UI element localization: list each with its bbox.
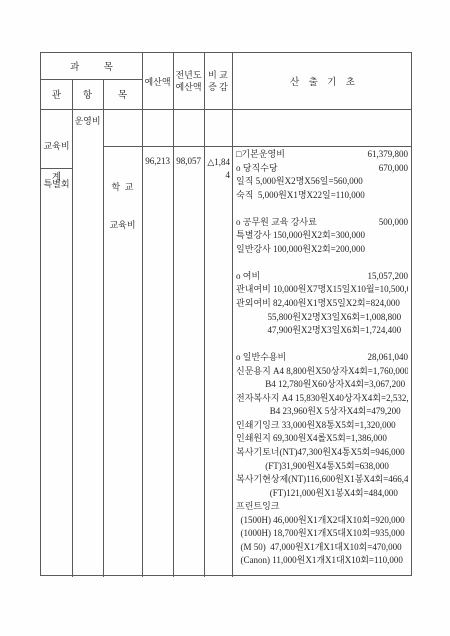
- basis-line-text: (FT)121,000원X1봉X4회=484,000: [236, 487, 398, 501]
- divider-prev-change: [204, 53, 205, 577]
- basis-lines: □기본운영비61,379,800o 당직수당670,000일직 5,000원X2…: [232, 146, 413, 577]
- header-col-hang: 항: [72, 79, 103, 109]
- basis-line-text: (1500H) 46,000원X1개X2대X10회=920,000: [236, 514, 405, 528]
- basis-line-text: 특별강사 150,000원X2회=300,000: [236, 229, 365, 243]
- prev-budget-amount-cell: 98,057: [173, 146, 204, 166]
- header-col-prev-budget-line2: 예산액: [175, 81, 201, 93]
- basis-line: (1500H) 46,000원X1개X2대X10회=920,000: [236, 514, 408, 528]
- basis-line-amount: 670,000: [377, 162, 408, 176]
- basis-line-text: (M 50) 47,000원X1개X1대X10회=470,000: [236, 541, 402, 555]
- divider-mok-budget: [142, 53, 143, 577]
- mok-value-line2: 교육비: [103, 219, 142, 232]
- basis-line: o 당직수당670,000: [236, 162, 408, 176]
- basis-line: o 일반수용비28,061,040: [236, 351, 408, 365]
- change-amount-cell: △1,84 4: [204, 146, 232, 181]
- hang-value-cell: 운영비: [72, 109, 103, 128]
- basis-line: 특별강사 150,000원X2회=300,000: [236, 229, 408, 243]
- basis-line-text: 신문용지 A4 8,800원X50상자X4회=1,760,000: [236, 365, 408, 379]
- basis-line: 프린트잉크: [236, 500, 408, 514]
- divider-gwan-hang: [72, 79, 73, 577]
- basis-line: 인쇄원지 69,300원X4롤X5회=1,386,000: [236, 432, 408, 446]
- mok-value-cell: 학 교 교육비: [103, 146, 142, 256]
- basis-line-amount: 15,057,200: [366, 270, 409, 284]
- basis-line: (FT)121,000원X1봉X4회=484,000: [236, 487, 408, 501]
- basis-line: B4 12,780원X60상자X4회=3,067,200: [236, 378, 408, 392]
- basis-line: 관내여비 10,000원X7명X15일X10월=10,500,000: [236, 283, 408, 297]
- basis-line: 관외여비 82,400원X1명X5일X2회=824,000: [236, 297, 408, 311]
- header-col-change: 비 교 증 감: [204, 53, 232, 109]
- basis-line: 전자복사지 A4 15,830원X40상자X4회=2,532,800: [236, 392, 408, 406]
- header-subject-group: 과 목: [41, 53, 142, 79]
- basis-line-text: o 당직수당: [236, 162, 278, 176]
- basis-line-text: 복사기토너(NT)47,300원X4통X5회=946,000: [236, 446, 405, 460]
- basis-gap-line: [236, 338, 408, 352]
- header-col-basis: 산 출 기 초: [232, 53, 413, 109]
- basis-line: 47,900원X2명X3일X6회=1,724,400: [236, 324, 408, 338]
- basis-line-text: o 공무원 교육 강사료: [236, 216, 317, 230]
- budget-amount-cell: 96,213: [142, 146, 173, 166]
- gwan-category-cell: 교육비 특별회: [41, 109, 72, 168]
- basis-line-amount: 61,379,800: [366, 148, 409, 162]
- basis-line: 일직 5,000원X2명X56일=560,000: [236, 175, 408, 189]
- basis-line-text: 관내여비 10,000원X7명X15일X10월=10,500,000: [236, 283, 408, 297]
- basis-line-text: 인쇄기잉크 33,000원X8통X5회=1,320,000: [236, 419, 396, 433]
- header-col-gwan: 관: [41, 79, 72, 109]
- gwan-category-line1: 교육비: [41, 140, 72, 153]
- header-col-prev-budget: 전년도 예산액: [173, 53, 204, 109]
- basis-line-text: 프린트잉크: [236, 500, 279, 514]
- divider-budget-prev: [173, 53, 174, 577]
- basis-line-text: □기본운영비: [236, 148, 285, 162]
- change-amount-line2: 4: [204, 169, 230, 182]
- basis-line: 신문용지 A4 8,800원X50상자X4회=1,760,000: [236, 365, 408, 379]
- basis-line-text: 55,800원X2명X3일X6회=1,008,800: [236, 311, 401, 325]
- basis-line-text: o 여비: [236, 270, 260, 284]
- basis-line: (FT)31,900원X4통X5회=638,000: [236, 460, 408, 474]
- basis-line: 복사기현상제(NT)116,600원X1봉X4회=466,400: [236, 473, 408, 487]
- header-col-prev-budget-line1: 전년도: [175, 69, 201, 81]
- header-col-mok: 목: [103, 79, 142, 109]
- header-col-budget: 예산액: [142, 53, 173, 109]
- basis-line: 55,800원X2명X3일X6회=1,008,800: [236, 311, 408, 325]
- mok-value-line1: 학 교: [103, 181, 142, 194]
- gwan-total-cell: 계: [41, 168, 72, 185]
- basis-line-text: 숙직 5,000원X1명X22일=110,000: [236, 189, 365, 203]
- budget-document-page: 과 목 관 항 목 예산액 전년도 예산액 비 교 증 감 산 출 기 초 교육…: [0, 0, 450, 636]
- basis-gap-line: [236, 256, 408, 270]
- basis-line: (1000H) 18,700원X1개X5대X10회=935,000: [236, 527, 408, 541]
- basis-line-text: B4 12,780원X60상자X4회=3,067,200: [236, 378, 405, 392]
- basis-line: 인쇄기잉크 33,000원X8통X5회=1,320,000: [236, 419, 408, 433]
- header-col-change-line2: 증 감: [208, 81, 228, 93]
- basis-line-amount: 28,061,040: [366, 351, 409, 365]
- basis-line-amount: 500,000: [377, 216, 408, 230]
- basis-line: □기본운영비61,379,800: [236, 148, 408, 162]
- basis-line-text: 관외여비 82,400원X1명X5일X2회=824,000: [236, 297, 400, 311]
- basis-line: o 여비15,057,200: [236, 270, 408, 284]
- basis-line-text: 전자복사지 A4 15,830원X40상자X4회=2,532,800: [236, 392, 408, 406]
- basis-line-text: o 일반수용비: [236, 351, 286, 365]
- basis-line: 숙직 5,000원X1명X22일=110,000: [236, 189, 408, 203]
- basis-line-text: B4 23,960원X 5상자X4회=479,200: [236, 405, 401, 419]
- basis-line: 일반강사 100,000원X2회=200,000: [236, 243, 408, 257]
- change-amount-line1: △1,84: [204, 156, 230, 169]
- basis-line-text: 일직 5,000원X2명X56일=560,000: [236, 175, 363, 189]
- basis-line: (Canon) 11,000원X1개X1대X10회=110,000: [236, 554, 408, 568]
- basis-line-text: 복사기현상제(NT)116,600원X1봉X4회=466,400: [236, 473, 408, 487]
- basis-line-text: 47,900원X2명X3일X6회=1,724,400: [236, 324, 401, 338]
- basis-line-text: (1000H) 18,700원X1개X5대X10회=935,000: [236, 527, 405, 541]
- basis-line: 복사기토너(NT)47,300원X4통X5회=946,000: [236, 446, 408, 460]
- basis-line: o 공무원 교육 강사료500,000: [236, 216, 408, 230]
- budget-table: 과 목 관 항 목 예산액 전년도 예산액 비 교 증 감 산 출 기 초 교육…: [40, 52, 412, 576]
- basis-line-text: (Canon) 11,000원X1개X1대X10회=110,000: [236, 554, 403, 568]
- basis-line-text: 인쇄원지 69,300원X4롤X5회=1,386,000: [236, 432, 387, 446]
- basis-gap-line: [236, 202, 408, 216]
- basis-line: B4 23,960원X 5상자X4회=479,200: [236, 405, 408, 419]
- basis-line-text: (FT)31,900원X4통X5회=638,000: [236, 460, 389, 474]
- basis-line-text: 일반강사 100,000원X2회=200,000: [236, 243, 365, 257]
- header-col-change-line1: 비 교: [208, 69, 228, 81]
- basis-line: (M 50) 47,000원X1개X1대X10회=470,000: [236, 541, 408, 555]
